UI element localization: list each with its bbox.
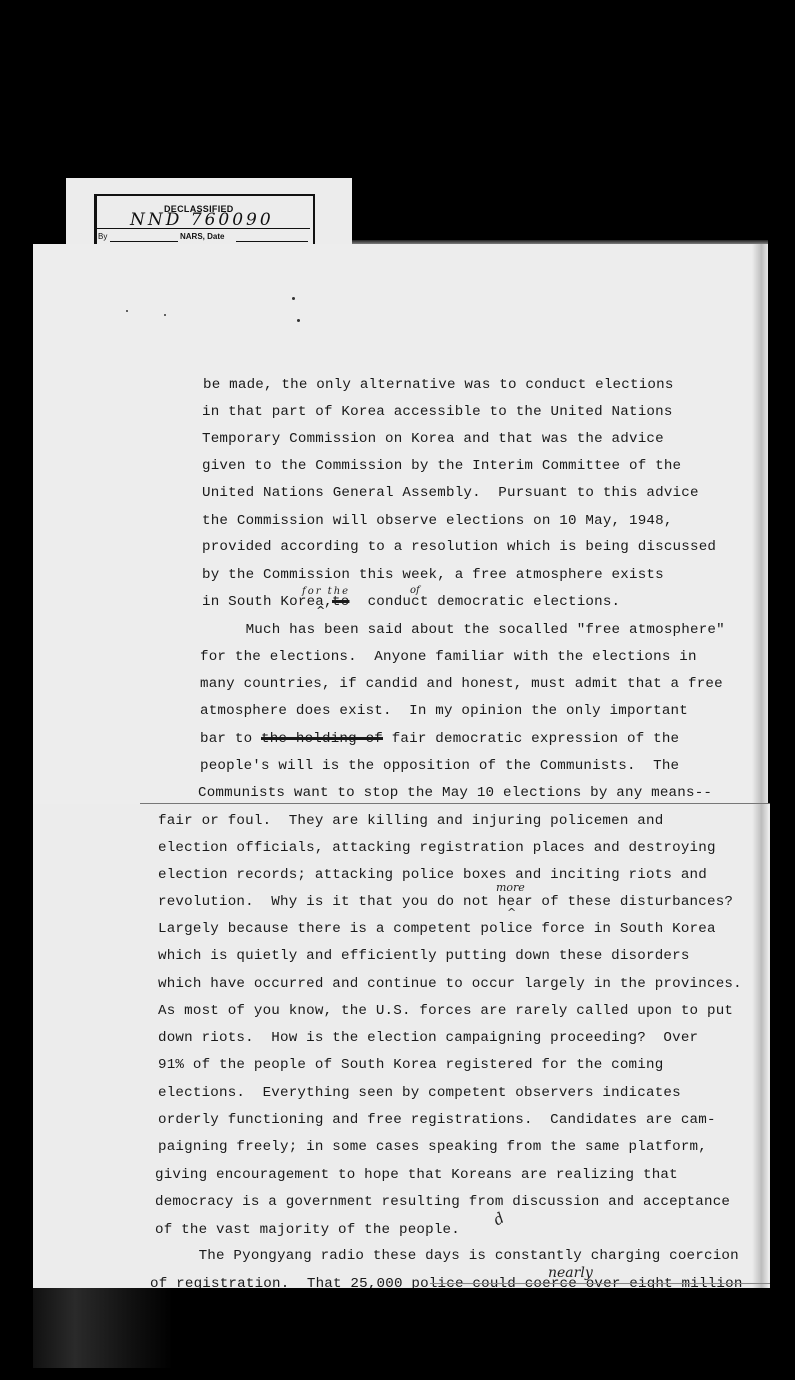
scan-speck [126, 310, 128, 312]
text-line: orderly functioning and free registratio… [158, 1112, 716, 1128]
text-line: elections. Everything seen by competent … [158, 1085, 681, 1101]
text-line: in South Korea, conduct democratic elect… [202, 594, 620, 610]
scan-speck [292, 297, 295, 300]
text-segment: fair democratic expression of the [383, 731, 679, 747]
text-line: the Commission will observe elections on… [202, 513, 673, 529]
text-line: in that part of Korea accessible to the … [202, 404, 673, 420]
text-line: Much has been said about the socalled "f… [202, 622, 725, 638]
text-line: provided according to a resolution which… [202, 539, 716, 555]
scan-artifact [33, 1288, 173, 1368]
scan-speck [164, 314, 166, 316]
stamp-by-label: By [98, 232, 107, 241]
text-line: Temporary Commission on Korea and that w… [202, 431, 664, 447]
cut-off-line-container: of registration. That 25,000 police coul… [33, 1276, 770, 1288]
text-line: bar to the holding of fair democratic ex… [200, 731, 679, 747]
struck-phrase: the holding of [261, 731, 383, 747]
text-line: for the elections. Anyone familiar with … [200, 649, 697, 665]
text-line: be made, the only alternative was to con… [203, 377, 674, 393]
text-line: election officials, attacking registrati… [158, 840, 716, 856]
text-line: As most of you know, the U.S. forces are… [158, 1003, 733, 1019]
text-line: 91% of the people of South Korea registe… [158, 1057, 663, 1073]
page-right-edge [752, 244, 768, 1288]
text-line: United Nations General Assembly. Pursuan… [202, 485, 699, 501]
stamp-authority-number: NND 760090 [130, 210, 274, 230]
text-segment: bar to [200, 731, 261, 747]
text-line: paigning freely; in some cases speaking … [158, 1139, 707, 1155]
text-line: many countries, if candid and honest, mu… [200, 676, 723, 692]
page-seam [140, 803, 770, 804]
text-line: given to the Commission by the Interim C… [202, 458, 681, 474]
stamp-by-underline [110, 241, 178, 242]
text-line: people's will is the opposition of the C… [200, 758, 679, 774]
text-line: Largely because there is a competent pol… [158, 921, 716, 937]
page-seam-lower [430, 1283, 770, 1284]
text-line: giving encouragement to hope that Korean… [155, 1167, 678, 1183]
text-line: of the vast majority of the people. [155, 1222, 460, 1238]
text-line: fair or foul. They are killing and injur… [158, 813, 663, 829]
text-line: revolution. Why is it that you do not he… [158, 894, 733, 910]
scan-speck [297, 319, 300, 322]
text-line: The Pyongyang radio these days is consta… [155, 1248, 739, 1264]
text-line: Communists want to stop the May 10 elect… [198, 785, 712, 801]
handwritten-insert-more: more [496, 881, 525, 894]
cut-off-text-line: of registration. That 25,000 police coul… [150, 1276, 743, 1288]
caret-mark: ^ [316, 604, 325, 617]
stamp-divider [96, 228, 310, 229]
text-line: election records; attacking police boxes… [158, 867, 707, 883]
handwritten-insert-nearly: nearly [548, 1265, 593, 1281]
text-line: democracy is a government resulting from… [155, 1194, 730, 1210]
stamp-date-underline [236, 241, 308, 242]
text-line: which is quietly and efficiently putting… [158, 948, 690, 964]
text-line: atmosphere does exist. In my opinion the… [200, 703, 688, 719]
handwritten-insert-for-the: for the [302, 586, 350, 597]
stamp-nars-date-label: NARS, Date [180, 232, 224, 241]
handwritten-insert-of: of [410, 585, 420, 596]
caret-mark: ^ [507, 906, 516, 919]
text-line: down riots. How is the election campaign… [158, 1030, 698, 1046]
text-line: by the Commission this week, a free atmo… [202, 567, 664, 583]
text-line: which have occurred and continue to occu… [158, 976, 742, 992]
